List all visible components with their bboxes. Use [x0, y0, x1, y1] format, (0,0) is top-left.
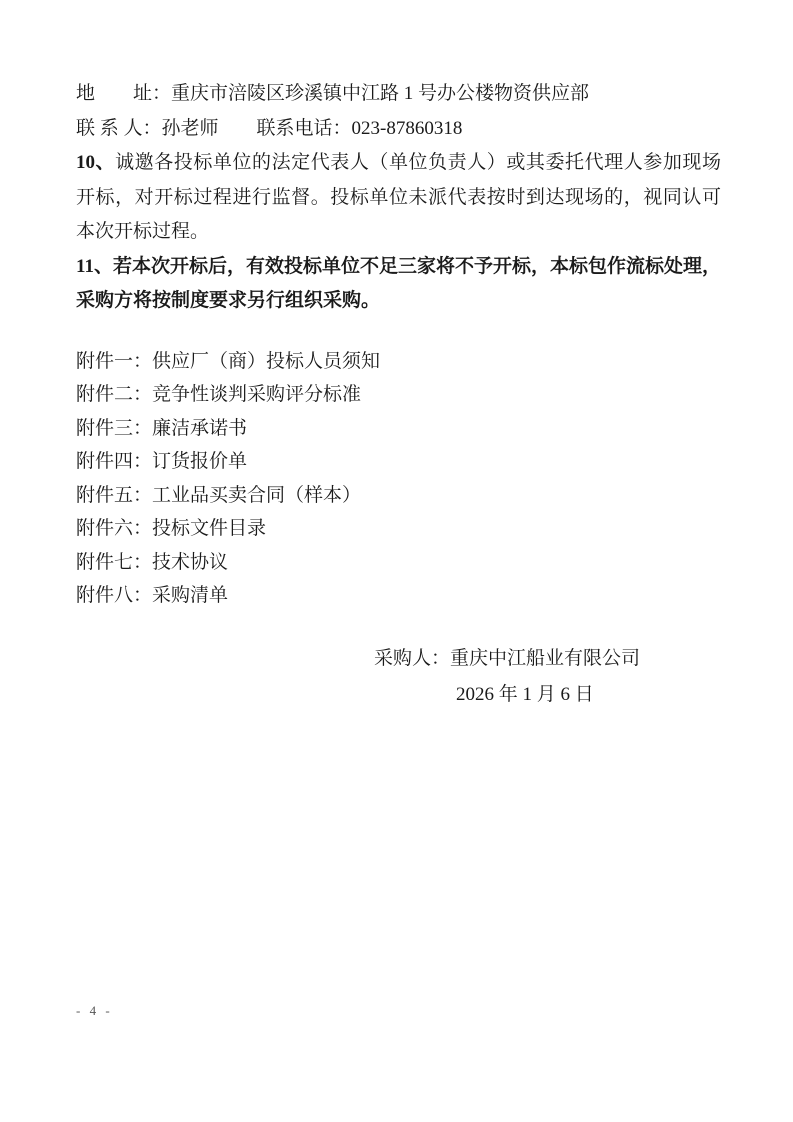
attachment-item-8: 附件八：采购清单	[76, 579, 721, 613]
date-line: 2026 年 1 月 6 日	[456, 677, 721, 713]
clause-11: 11、若本次开标后，有效投标单位不足三家将不予开标，本标包作流标处理，采购方将按…	[76, 250, 721, 319]
document-page: 地 址：重庆市涪陵区珍溪镇中江路 1 号办公楼物资供应部 联 系 人：孙老师 联…	[0, 0, 793, 1122]
clause-10-number: 10、	[76, 152, 115, 173]
attachment-item-6: 附件六：投标文件目录	[76, 512, 721, 546]
document-content: 地 址：重庆市涪陵区珍溪镇中江路 1 号办公楼物资供应部 联 系 人：孙老师 联…	[76, 77, 721, 713]
attachment-item-4: 附件四：订货报价单	[76, 445, 721, 479]
clause-11-text: 若本次开标后，有效投标单位不足三家将不予开标，本标包作流标处理，采购方将按制度要…	[76, 256, 721, 312]
attachment-item-2: 附件二：竞争性谈判采购评分标准	[76, 378, 721, 412]
clause-10: 10、诚邀各投标单位的法定代表人（单位负责人）或其委托代理人参加现场开标，对开标…	[76, 146, 721, 250]
clause-10-text: 诚邀各投标单位的法定代表人（单位负责人）或其委托代理人参加现场开标，对开标过程进…	[76, 152, 721, 242]
address-line: 地 址：重庆市涪陵区珍溪镇中江路 1 号办公楼物资供应部	[76, 77, 721, 112]
clause-11-number: 11、	[76, 256, 113, 277]
buyer-line: 采购人：重庆中江船业有限公司	[374, 641, 721, 677]
attachment-item-1: 附件一：供应厂（商）投标人员须知	[76, 345, 721, 379]
attachments-list: 附件一：供应厂（商）投标人员须知 附件二：竞争性谈判采购评分标准 附件三：廉洁承…	[76, 345, 721, 613]
attachment-item-3: 附件三：廉洁承诺书	[76, 412, 721, 446]
attachment-item-7: 附件七：技术协议	[76, 546, 721, 580]
page-number: - 4 -	[76, 1003, 113, 1019]
attachment-item-5: 附件五：工业品买卖合同（样本）	[76, 479, 721, 513]
signature-block: 采购人：重庆中江船业有限公司 2026 年 1 月 6 日	[76, 641, 721, 713]
contact-line: 联 系 人：孙老师 联系电话：023-87860318	[76, 112, 721, 147]
